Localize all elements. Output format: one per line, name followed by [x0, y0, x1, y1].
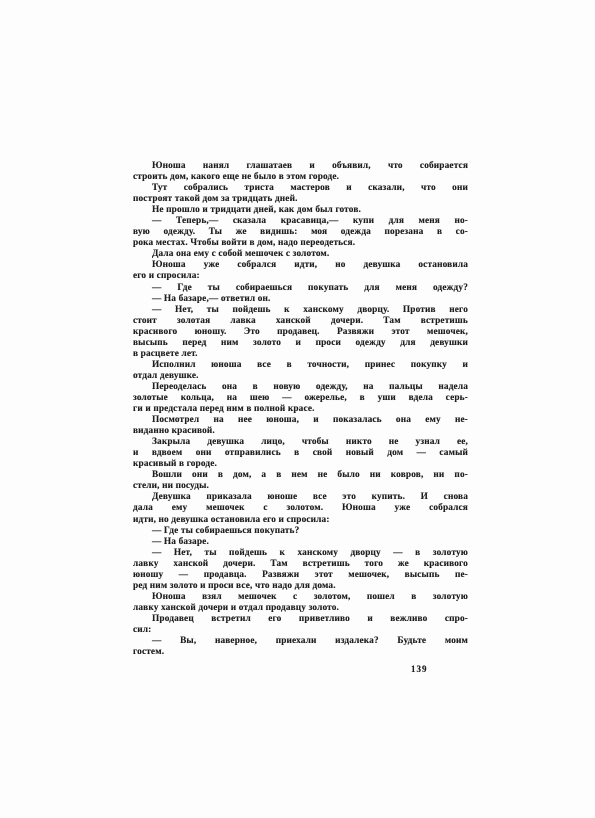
text-line: гостем. [133, 647, 468, 658]
text-line: золотые кольца, на шею — ожерелье, в уши… [133, 393, 468, 404]
text-line: — На базаре. [133, 537, 468, 548]
text-line: Посмотрел на нее юноша, и показалась она… [133, 415, 468, 426]
text-line: юношу — продавца. Развяжи этот мешочек, … [133, 570, 468, 581]
text-line: сил: [133, 625, 468, 636]
text-line: строить дом, какого еще не было в этом г… [133, 172, 468, 183]
text-line: высыпь перед ним золото и проси одежду д… [133, 338, 468, 349]
text-line: Тут собрались триста мастеров и сказали,… [133, 183, 468, 194]
book-page: Юноша нанял глашатаев и объявил, что соб… [0, 0, 595, 818]
text-line: — Вы, наверное, приехали издалека? Будьт… [133, 636, 468, 647]
text-line: Переоделась она в новую одежду, на пальц… [133, 382, 468, 393]
text-line: Вошли они в дом, а в нем не было ни ковр… [133, 470, 468, 481]
text-line: — Нет, ты пойдешь к ханскому дворцу. Про… [133, 305, 468, 316]
text-line: — Нет, ты пойдешь к ханскому дворцу — в … [133, 548, 468, 559]
text-line: — На базаре,— ответил он. [133, 294, 468, 305]
text-line: его и спросила: [133, 271, 468, 282]
text-line: Не прошло и тридцати дней, как дом был г… [133, 205, 468, 216]
text-line: ги и предстала перед ним в полной красе. [133, 404, 468, 415]
text-line: отдал девушке. [133, 371, 468, 382]
text-line: рока местах. Чтобы войти в дом, надо пер… [133, 238, 468, 249]
text-line: Дала она ему с собой мешочек с золотом. [133, 249, 468, 260]
text-line: — Теперь,— сказала красавица,— купи для … [133, 216, 468, 227]
text-line: виданно красивой. [133, 426, 468, 437]
text-line: стоит золотая лавка ханской дочери. Там … [133, 316, 468, 327]
text-line: и вдвоем они отправились в свой новый до… [133, 448, 468, 459]
text-line: Продавец встретил его приветливо и вежли… [133, 614, 468, 625]
text-line: красивый в городе. [133, 459, 468, 470]
text-line: построят такой дом за тридцать дней. [133, 194, 468, 205]
text-line: — Где ты собираешься покупать? [133, 526, 468, 537]
text-line: стели, ни посуды. [133, 481, 468, 492]
text-line: лавку ханской дочери и отдал продавцу зо… [133, 603, 468, 614]
text-line: Исполнил юноша все в точности, принес по… [133, 360, 468, 371]
text-line: Девушка приказала юноше все это купить. … [133, 492, 468, 503]
text-line: идти, но девушка остановила его и спроси… [133, 515, 468, 526]
text-line: лавку ханской дочери. Там встретишь того… [133, 559, 468, 570]
text-block: Юноша нанял глашатаев и объявил, что соб… [133, 161, 468, 658]
text-line: Юноша уже собрался идти, но девушка оста… [133, 260, 468, 271]
text-line: ред ним золото и проси все, что надо для… [133, 581, 468, 592]
text-line: — Где ты собираешься покупать для меня о… [133, 283, 468, 294]
text-line: вую одежду. Ты же видишь: моя одежда пор… [133, 227, 468, 238]
text-line: в расцвете лет. [133, 349, 468, 360]
text-line: красивого юношу. Это продавец. Развяжи э… [133, 327, 468, 338]
text-line: Юноша нанял глашатаев и объявил, что соб… [133, 161, 468, 172]
page-number: 139 [411, 664, 428, 674]
text-line: дала ему мешочек с золотом. Юноша уже со… [133, 503, 468, 514]
text-line: Закрыла девушка лицо, чтобы никто не узн… [133, 437, 468, 448]
text-line: Юноша взял мешочек с золотом, пошел в зо… [133, 592, 468, 603]
